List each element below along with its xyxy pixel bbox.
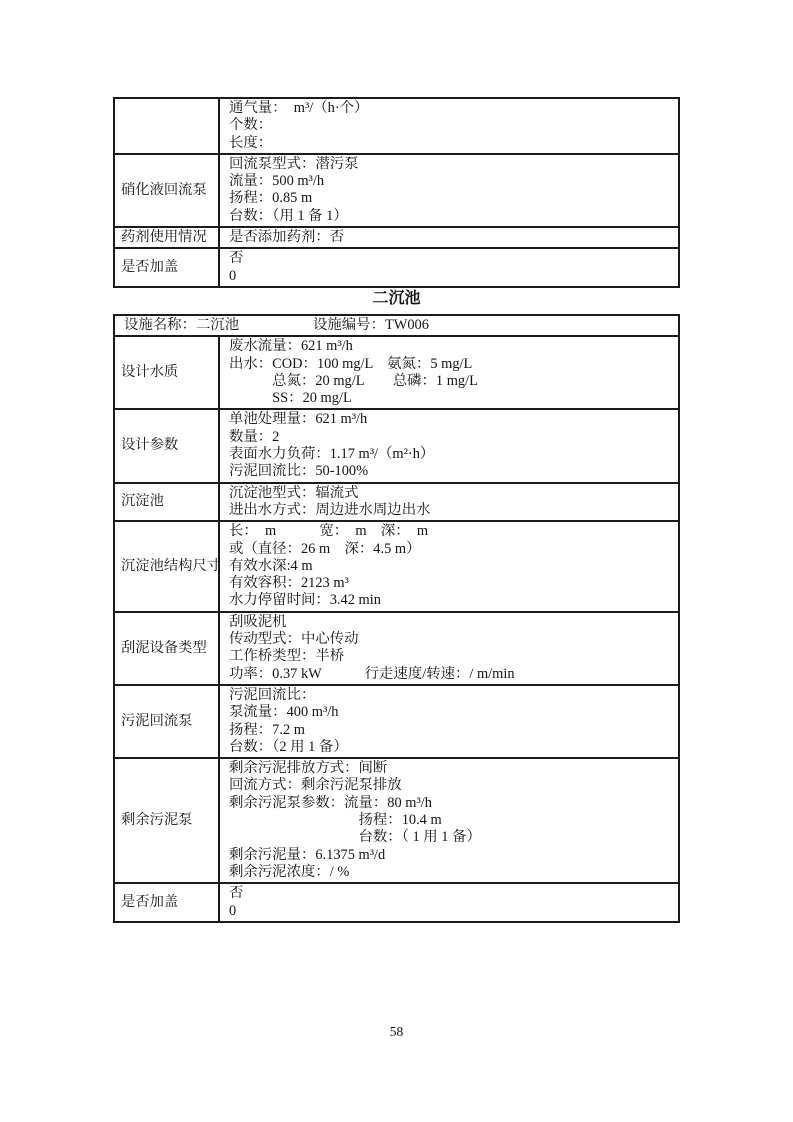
- content-line: 数量：2: [229, 429, 674, 446]
- content-line: 台数：（用 1 备 1）: [229, 208, 674, 225]
- row-content: 沉淀池型式：辐流式进出水方式：周边进水周边出水: [219, 483, 679, 522]
- content-line: 传动型式：中心传动: [229, 631, 674, 648]
- content-line: 剩余污泥排放方式：间断: [229, 760, 674, 777]
- row-content: 污泥回流比：泵流量：400 m³/h扬程：7.2 m台数：（2 用 1 备）: [219, 685, 679, 758]
- content-line: 工作桥类型：半桥: [229, 648, 674, 665]
- content-line: 是否添加药剂：否: [229, 229, 674, 246]
- table-row: 污泥回流泵污泥回流比：泵流量：400 m³/h扬程：7.2 m台数：（2 用 1…: [114, 685, 679, 758]
- content-line: 表面水力负荷：1.17 m³/（m²·h）: [229, 446, 674, 463]
- row-label: 污泥回流泵: [114, 685, 219, 758]
- table-row: 是否加盖否0: [114, 248, 679, 287]
- content-line: 扬程：7.2 m: [229, 722, 674, 739]
- content-line: 长： m 宽： m 深： m: [229, 523, 674, 540]
- facility-table: 设施名称：二沉池 设施编号：TW006 设计水质废水流量：621 m³/h出水：…: [113, 314, 680, 923]
- content-line: 否: [229, 250, 674, 267]
- content-line: 泵流量：400 m³/h: [229, 704, 674, 721]
- row-content: 废水流量：621 m³/h出水：COD：100 mg/L 氨氮：5 mg/L 总…: [219, 336, 679, 409]
- content-line: 扬程：0.85 m: [229, 190, 674, 207]
- content-line: SS：20 mg/L: [229, 390, 674, 407]
- row-label: 药剂使用情况: [114, 227, 219, 248]
- content-line: 污泥回流比：50-100%: [229, 463, 674, 480]
- content-line: 总氮：20 mg/L 总磷：1 mg/L: [229, 373, 674, 390]
- content-line: 污泥回流比：: [229, 687, 674, 704]
- content-line: 水力停留时间：3.42 min: [229, 592, 674, 609]
- content-line: 回流方式：剩余污泥泵排放: [229, 777, 674, 794]
- table-row: 药剂使用情况是否添加药剂：否: [114, 227, 679, 248]
- row-label: 设计水质: [114, 336, 219, 409]
- content-line: 剩余污泥泵参数：流量：80 m³/h: [229, 795, 674, 812]
- content-line: 个数：: [229, 117, 674, 134]
- content-line: 回流泵型式：潜污泵: [229, 156, 674, 173]
- row-label: 剩余污泥泵: [114, 758, 219, 883]
- content-line: 0: [229, 903, 674, 920]
- row-content: 刮吸泥机传动型式：中心传动工作桥类型：半桥功率：0.37 kW 行走速度/转速：…: [219, 612, 679, 685]
- content-line: 或（直径：26 m 深：4.5 m）: [229, 541, 674, 558]
- table-row: 沉淀池结构尺寸长： m 宽： m 深： m或（直径：26 m 深：4.5 m）有…: [114, 521, 679, 611]
- content-line: 有效容积：2123 m³: [229, 575, 674, 592]
- row-label: [114, 98, 219, 154]
- content-line: 沉淀池型式：辐流式: [229, 485, 674, 502]
- row-content: 回流泵型式：潜污泵流量：500 m³/h扬程：0.85 m台数：（用 1 备 1…: [219, 154, 679, 227]
- table-row: 是否加盖否0: [114, 883, 679, 922]
- document-page: 通气量： m³/（h·个）个数：长度：硝化液回流泵回流泵型式：潜污泵流量：500…: [0, 0, 793, 1122]
- row-content: 长： m 宽： m 深： m或（直径：26 m 深：4.5 m）有效水深:4 m…: [219, 521, 679, 611]
- table-row: 剩余污泥泵剩余污泥排放方式：间断回流方式：剩余污泥泵排放剩余污泥泵参数：流量：8…: [114, 758, 679, 883]
- content-line: 有效水深:4 m: [229, 558, 674, 575]
- facility-header-row: 设施名称：二沉池 设施编号：TW006: [114, 315, 679, 336]
- page-number: 58: [0, 1024, 793, 1040]
- content-line: 扬程：10.4 m: [229, 812, 674, 829]
- content-line: 剩余污泥浓度：/ %: [229, 864, 674, 881]
- row-label: 设计参数: [114, 409, 219, 482]
- content-line: 台数：（2 用 1 备）: [229, 739, 674, 756]
- row-content: 单池处理量：621 m³/h数量：2表面水力负荷：1.17 m³/（m²·h）污…: [219, 409, 679, 482]
- table-row: 设计参数单池处理量：621 m³/h数量：2表面水力负荷：1.17 m³/（m²…: [114, 409, 679, 482]
- content-line: 单池处理量：621 m³/h: [229, 411, 674, 428]
- table-row: 硝化液回流泵回流泵型式：潜污泵流量：500 m³/h扬程：0.85 m台数：（用…: [114, 154, 679, 227]
- table-row: 通气量： m³/（h·个）个数：长度：: [114, 98, 679, 154]
- content-line: 0: [229, 268, 674, 285]
- content-line: 否: [229, 885, 674, 902]
- continuation-table: 通气量： m³/（h·个）个数：长度：硝化液回流泵回流泵型式：潜污泵流量：500…: [113, 97, 680, 288]
- row-label: 是否加盖: [114, 248, 219, 287]
- content-line: 长度：: [229, 135, 674, 152]
- table-row: 设计水质废水流量：621 m³/h出水：COD：100 mg/L 氨氮：5 mg…: [114, 336, 679, 409]
- row-content: 否0: [219, 248, 679, 287]
- facility-name: 设施名称：二沉池: [124, 317, 239, 333]
- facility-header-cell: 设施名称：二沉池 设施编号：TW006: [114, 315, 679, 336]
- facility-code: 设施编号：TW006: [313, 317, 429, 334]
- content-line: 废水流量：621 m³/h: [229, 338, 674, 355]
- row-content: 是否添加药剂：否: [219, 227, 679, 248]
- row-label: 刮泥设备类型: [114, 612, 219, 685]
- content-line: 剩余污泥量：6.1375 m³/d: [229, 847, 674, 864]
- section-title: 二沉池: [113, 289, 680, 309]
- row-label: 硝化液回流泵: [114, 154, 219, 227]
- row-label: 是否加盖: [114, 883, 219, 922]
- content-line: 进出水方式：周边进水周边出水: [229, 502, 674, 519]
- content-line: 通气量： m³/（h·个）: [229, 100, 674, 117]
- table-row: 刮泥设备类型刮吸泥机传动型式：中心传动工作桥类型：半桥功率：0.37 kW 行走…: [114, 612, 679, 685]
- row-label: 沉淀池结构尺寸: [114, 521, 219, 611]
- table-row: 沉淀池沉淀池型式：辐流式进出水方式：周边进水周边出水: [114, 483, 679, 522]
- content-line: 台数：（ 1 用 1 备）: [229, 829, 674, 846]
- content-line: 刮吸泥机: [229, 614, 674, 631]
- content-line: 流量：500 m³/h: [229, 173, 674, 190]
- row-content: 否0: [219, 883, 679, 922]
- row-label: 沉淀池: [114, 483, 219, 522]
- content-line: 功率：0.37 kW 行走速度/转速：/ m/min: [229, 666, 674, 683]
- row-content: 剩余污泥排放方式：间断回流方式：剩余污泥泵排放剩余污泥泵参数：流量：80 m³/…: [219, 758, 679, 883]
- content-line: 出水：COD：100 mg/L 氨氮：5 mg/L: [229, 356, 674, 373]
- row-content: 通气量： m³/（h·个）个数：长度：: [219, 98, 679, 154]
